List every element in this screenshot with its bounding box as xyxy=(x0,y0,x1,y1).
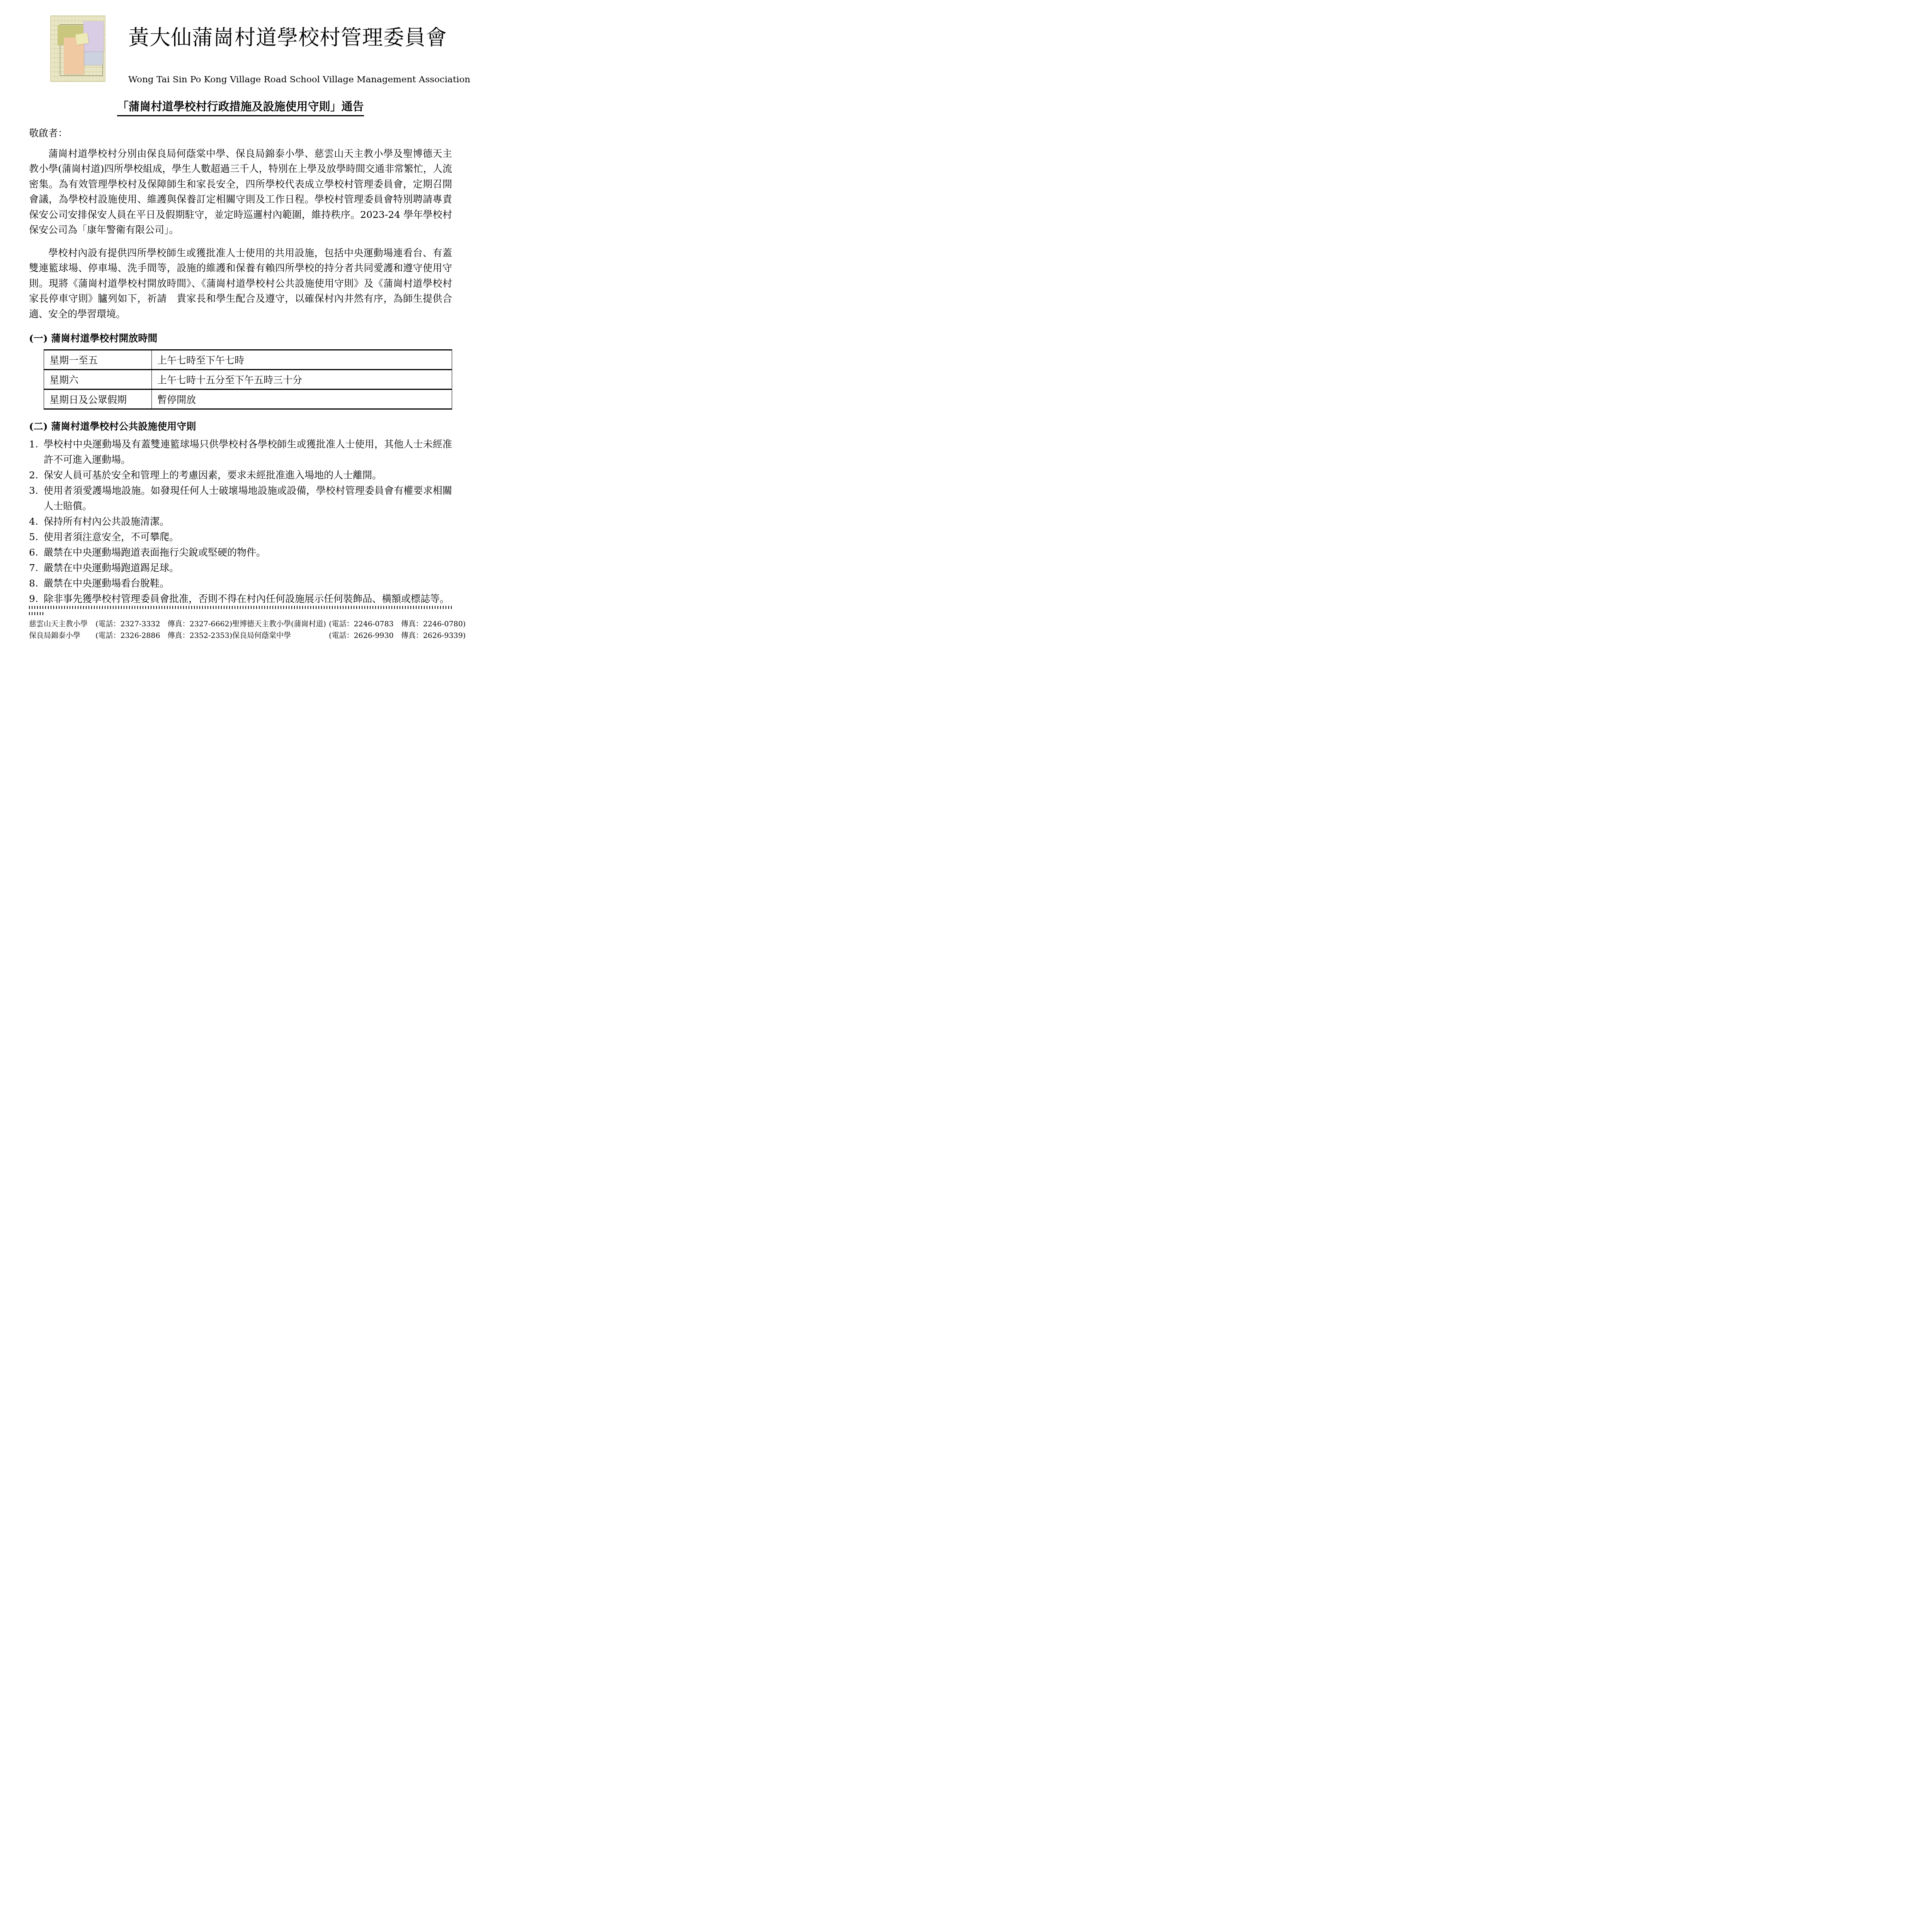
org-logo xyxy=(50,15,105,82)
salutation: 敬啟者： xyxy=(29,126,452,141)
rules-list: 1. 學校村中央運動場及有蓋雙連籃球場只供學校村各學校師生或獲批准人士使用，其他… xyxy=(29,437,452,607)
rule-text: 除非事先獲學校村管理委員會批准，否則不得在村內任何設施展示任何裝飾品、橫額或標誌… xyxy=(44,591,452,607)
header: 黃大仙蒲崗村道學校村管理委員會 Wong Tai Sin Po Kong Vil… xyxy=(29,15,452,97)
org-name-chinese: 黃大仙蒲崗村道學校村管理委員會 xyxy=(128,26,470,51)
rule-text: 保安人員可基於安全和管理上的考慮因素，要求未經批准進入場地的人士離開。 xyxy=(44,468,452,483)
rule-number: 2. xyxy=(29,468,44,483)
rule-number: 4. xyxy=(29,514,44,529)
table-row: 星期六 上午七時十五分至下午五時三十分 xyxy=(44,369,452,389)
rule-text: 學校村中央運動場及有蓋雙連籃球場只供學校村各學校師生或獲批准人士使用，其他人士未… xyxy=(44,437,452,468)
phone-fax-info: (電話：2626-9930 傳真：2626-9339) xyxy=(329,630,466,641)
day-label: 星期六 xyxy=(44,369,152,389)
notice-title: 「蒲崗村道學校村行政措施及設施使用守則」通告 xyxy=(29,98,452,116)
table-row: 星期日及公眾假期 暫停開放 xyxy=(44,389,452,409)
rule-text: 保持所有村內公共設施清潔。 xyxy=(44,514,452,529)
rule-item: 6. 嚴禁在中央運動場跑道表面拖行尖銳或堅硬的物件。 xyxy=(29,545,452,560)
notice-title-text: 「蒲崗村道學校村行政措施及設施使用守則」通告 xyxy=(117,98,364,116)
rule-item: 1. 學校村中央運動場及有蓋雙連籃球場只供學校村各學校師生或獲批准人士使用，其他… xyxy=(29,437,452,468)
table-row: 星期一至五 上午七時至下午七時 xyxy=(44,350,452,369)
school-name: 慈雲山天主教小學 xyxy=(29,618,95,630)
phone-fax-info: (電話：2326-2886 傳真：2352-2353) xyxy=(95,630,232,641)
paragraph-facilities: 學校村內設有提供四所學校師生或獲批准人士使用的共用設施，包括中央運動場連看台、有… xyxy=(29,245,452,322)
school-name: 聖博德天主教小學(蒲崗村道) xyxy=(232,618,329,630)
contact-list: 慈雲山天主教小學 (電話：2327-3332 傳真：2327-6662) 保良局… xyxy=(29,618,452,642)
rule-item: 8. 嚴禁在中央運動場看台脫鞋。 xyxy=(29,576,452,591)
rule-item: 4. 保持所有村內公共設施清潔。 xyxy=(29,514,452,529)
contact-row: 慈雲山天主教小學 (電話：2327-3332 傳真：2327-6662) xyxy=(29,618,232,630)
notice-document-page: 黃大仙蒲崗村道學校村管理委員會 Wong Tai Sin Po Kong Vil… xyxy=(0,0,479,678)
rule-text: 使用者須愛護場地設施。如發現任何人士破壞場地設施或設備，學校村管理委員會有權要求… xyxy=(44,483,452,514)
school-name: 保良局錦泰小學 xyxy=(29,630,95,641)
contact-row: 聖博德天主教小學(蒲崗村道) (電話：2246-0783 傳真：2246-078… xyxy=(232,618,466,630)
section2-heading: (二) 蒲崗村道學校村公共設施使用守則 xyxy=(29,419,452,434)
rule-item: 5. 使用者須注意安全，不可攀爬。 xyxy=(29,529,452,545)
dotted-divider xyxy=(29,606,452,609)
rule-number: 6. xyxy=(29,545,44,560)
rule-number: 9. xyxy=(29,591,44,607)
header-text: 黃大仙蒲崗村道學校村管理委員會 Wong Tai Sin Po Kong Vil… xyxy=(128,26,470,85)
footer: 慈雲山天主教小學 (電話：2327-3332 傳真：2327-6662) 保良局… xyxy=(29,606,452,642)
paragraph-intro: 蒲崗村道學校村分別由保良局何蔭棠中學、保良局錦泰小學、慈雲山天主教小學及聖博德天… xyxy=(29,146,452,238)
contact-column-right: 聖博德天主教小學(蒲崗村道) (電話：2246-0783 傳真：2246-078… xyxy=(232,618,466,642)
hours-value: 上午七時十五分至下午五時三十分 xyxy=(152,369,452,389)
rule-text: 嚴禁在中央運動場看台脫鞋。 xyxy=(44,576,452,591)
rule-number: 1. xyxy=(29,437,44,468)
dotted-divider-short xyxy=(29,612,44,615)
org-name-english: Wong Tai Sin Po Kong Village Road School… xyxy=(128,75,470,85)
rule-text: 嚴禁在中央運動場跑道踢足球。 xyxy=(44,560,452,576)
hours-value: 暫停開放 xyxy=(152,389,452,409)
contact-row: 保良局錦泰小學 (電話：2326-2886 傳真：2352-2353) xyxy=(29,630,232,641)
day-label: 星期一至五 xyxy=(44,350,152,369)
rule-number: 8. xyxy=(29,576,44,591)
day-label: 星期日及公眾假期 xyxy=(44,389,152,409)
school-name: 保良局何蔭棠中學 xyxy=(232,630,329,641)
contact-column-left: 慈雲山天主教小學 (電話：2327-3332 傳真：2327-6662) 保良局… xyxy=(29,618,232,642)
rule-text: 使用者須注意安全，不可攀爬。 xyxy=(44,529,452,545)
rule-item: 7. 嚴禁在中央運動場跑道踢足球。 xyxy=(29,560,452,576)
rule-number: 7. xyxy=(29,560,44,576)
logo-block-cream xyxy=(75,33,89,45)
opening-hours-table: 星期一至五 上午七時至下午七時 星期六 上午七時十五分至下午五時三十分 星期日及… xyxy=(44,349,452,410)
rule-number: 5. xyxy=(29,529,44,545)
hours-value: 上午七時至下午七時 xyxy=(152,350,452,369)
rule-item: 9. 除非事先獲學校村管理委員會批准，否則不得在村內任何設施展示任何裝飾品、橫額… xyxy=(29,591,452,607)
rule-number: 3. xyxy=(29,483,44,514)
contact-row: 保良局何蔭棠中學 (電話：2626-9930 傳真：2626-9339) xyxy=(232,630,466,641)
phone-fax-info: (電話：2327-3332 傳真：2327-6662) xyxy=(95,618,232,630)
section1-heading: (一) 蒲崗村道學校村開放時間 xyxy=(29,331,452,346)
rule-item: 3. 使用者須愛護場地設施。如發現任何人士破壞場地設施或設備，學校村管理委員會有… xyxy=(29,483,452,514)
phone-fax-info: (電話：2246-0783 傳真：2246-0780) xyxy=(329,618,466,630)
rule-text: 嚴禁在中央運動場跑道表面拖行尖銳或堅硬的物件。 xyxy=(44,545,452,560)
rule-item: 2. 保安人員可基於安全和管理上的考慮因素，要求未經批准進入場地的人士離開。 xyxy=(29,468,452,483)
